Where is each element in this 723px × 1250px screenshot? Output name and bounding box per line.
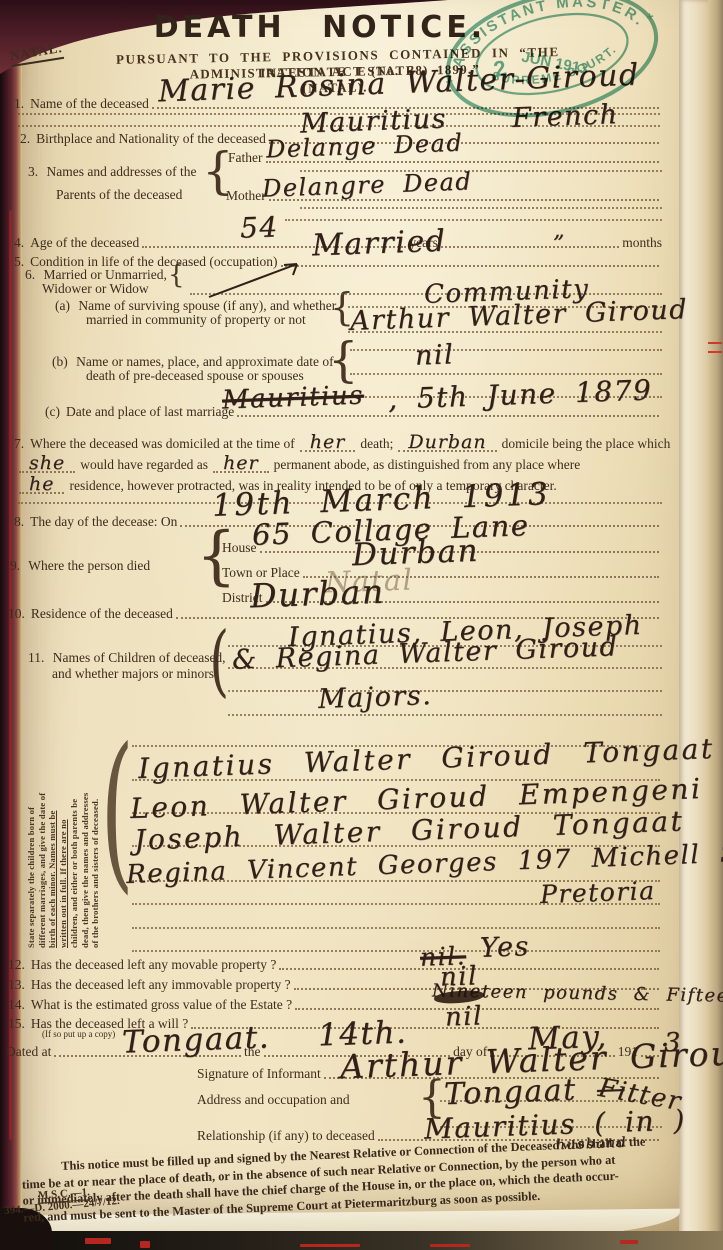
hw-movable: Yes (479, 931, 530, 964)
item-number: 15. (8, 1016, 25, 1032)
field-label: Where the person died (28, 558, 150, 573)
item-number: 9. (10, 558, 20, 573)
field-label: Names and addresses of the (47, 164, 197, 179)
spouse-label-2: married in community of property or not (86, 312, 306, 328)
stamp-star-left: + (444, 73, 455, 89)
hw-he: he (29, 473, 54, 495)
hw-relationship-sub: husband (556, 1135, 628, 1153)
dotted-line (350, 349, 662, 351)
children-label-2: and whether majors or minors (52, 666, 214, 682)
margin-note-line: dead, then give the names and addresses (80, 732, 91, 948)
predeceased-label-2: death of pre-deceased spouse or spouses (86, 368, 304, 384)
item-number: 5. (14, 254, 24, 270)
field-label: Age of the deceased (30, 235, 139, 251)
margin-instructions: State separately the children born of di… (26, 732, 101, 948)
margin-note-line: birth of each minor. Names must be (47, 732, 58, 948)
margin-note-line: different marriages, and give the date o… (37, 732, 48, 948)
field-label: Has the deceased left any immovable prop… (31, 977, 291, 993)
red-mark (620, 1240, 638, 1244)
hw-condition: Married (311, 224, 446, 264)
field-label: The day of the decease: On (30, 514, 177, 530)
item-number: (c) (45, 404, 60, 420)
dotted-leader (237, 415, 659, 417)
field-label: Date and place of last marriage (66, 404, 234, 420)
red-margin-mark (708, 342, 722, 353)
field-label: Signature of Informant (197, 1066, 321, 1082)
fill-blank: he (19, 470, 64, 494)
red-mark (140, 1241, 150, 1248)
hw-residence: Durban (249, 572, 385, 616)
field-label: Birthplace and Nationality of the deceas… (36, 131, 266, 147)
item-number: 11. (28, 650, 44, 665)
hw-will: nil (444, 1001, 483, 1032)
dotted-line (132, 950, 660, 952)
field-label: Married or Unmarried, (44, 267, 167, 282)
field-label: Name of the deceased (30, 96, 149, 112)
address-label: Address and occupation and (197, 1092, 350, 1108)
red-mark (430, 1244, 470, 1247)
item-number: 14. (8, 997, 25, 1013)
item-number: 12. (8, 957, 25, 973)
field-label: Names of Children of deceased, (53, 650, 226, 665)
margin-note-line: written out in full. If there are no (58, 732, 69, 948)
red-mark (300, 1244, 360, 1247)
margin-note-line: children, and either or both parents be (69, 732, 80, 948)
months-label: months (622, 235, 662, 251)
dotted-leader (441, 246, 619, 248)
hw-children-majors: Majors. (317, 680, 432, 715)
field-label: Father (228, 150, 263, 166)
item-number: 3. (28, 164, 38, 179)
field-label: What is the estimated gross value of the… (31, 997, 292, 1013)
field-movable-property: 12. Has the deceased left any movable pr… (8, 957, 662, 973)
hw-marriage-place-struck: Mauritius (222, 381, 365, 416)
margin-note-line: State separately the children born of (26, 732, 37, 948)
red-mark (85, 1238, 111, 1244)
scanned-death-notice-page: DEATH NOTICE. NATAL. PURSUANT TO THE PRO… (0, 0, 723, 1250)
dotted-line (300, 207, 662, 209)
dotted-line (132, 927, 660, 929)
hw-age-months: „ (553, 218, 567, 243)
item-number: 10. (8, 606, 25, 622)
hw-age-years: 54 (239, 210, 279, 244)
dotted-line (285, 219, 662, 221)
dated-label: Dated at (6, 1044, 51, 1060)
item-number: 2. (20, 131, 30, 147)
children-label-1: 11. Names of Children of deceased, (28, 650, 226, 666)
dotted-line (228, 690, 662, 692)
field-label: Residence of the deceased (31, 606, 173, 622)
item-number: (a) (55, 298, 70, 313)
field-label: Relationship (if any) to deceased (197, 1128, 375, 1144)
dotted-leader (281, 265, 659, 267)
dotted-line (228, 714, 662, 716)
field-label: Mother (226, 188, 266, 204)
stamp-star-right: + (644, 8, 655, 24)
where-died-label: 9. Where the person died (10, 558, 150, 574)
item-number: 6. (25, 267, 35, 282)
field-label: Has the deceased left any movable proper… (31, 957, 277, 973)
item-number: 13. (8, 977, 25, 993)
field-label: Name or names, place, and approximate da… (76, 354, 334, 369)
marital-label-2: Widower or Widow (42, 281, 149, 297)
item-number: (b) (52, 354, 68, 369)
parents-label-2: Parents of the deceased (56, 187, 182, 203)
item-number: 1. (14, 96, 24, 112)
hw-dated-place: Tongaat. (121, 1019, 270, 1060)
will-sublabel: (If so put up a copy) (42, 1029, 115, 1039)
hw-predeceased: nil (414, 339, 454, 371)
answer-arrow (205, 252, 315, 302)
item-number: 4. (14, 235, 24, 251)
field-label: House (222, 540, 257, 556)
margin-note-line: of the brothers and sisters of deceased. (90, 732, 101, 948)
item-number: 8. (14, 514, 24, 530)
hw-child-entry-5: Pretoria (540, 876, 656, 909)
parents-label-1: 3. Names and addresses of the (28, 164, 196, 180)
